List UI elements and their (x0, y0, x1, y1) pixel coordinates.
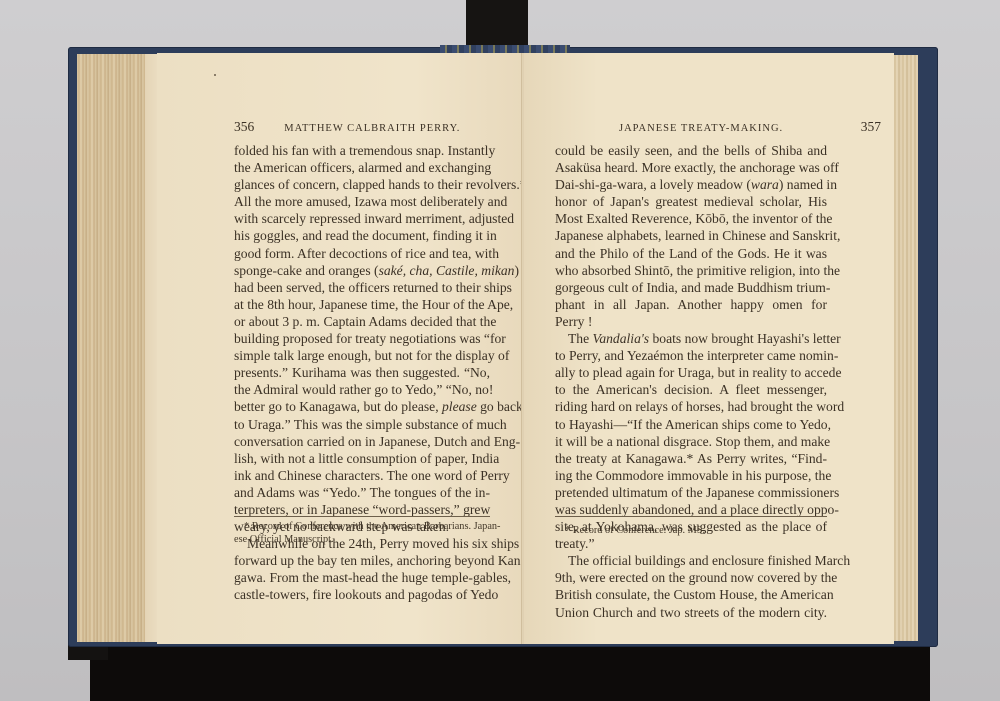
text-line: to the American's decision. A fleet mess… (555, 381, 827, 398)
text-line: honor of Japan's greatest medieval schol… (555, 193, 827, 210)
text-line: riding hard on relays of horses, had bro… (555, 398, 827, 415)
text-line: to Hayashi—“If the American ships come t… (555, 416, 827, 433)
text-line: gorgeous cult of India, and made Buddhis… (555, 279, 827, 296)
text-line: glances of concern, clapped hands to the… (234, 176, 490, 193)
spine-headband (440, 45, 570, 53)
text-line: castle-towers, fire lookouts and pagodas… (234, 586, 490, 603)
text-line: Perry ! (555, 313, 827, 330)
text-line: better go to Kanagawa, but do please, pl… (234, 398, 490, 415)
italic-segment: please (442, 399, 477, 414)
text-line: building proposed for treaty negotiation… (234, 330, 490, 347)
text-line: presents.” Kurihama was then suggested. … (234, 364, 490, 381)
left-page: 356 MATTHEW CALBRAITH PERRY. folded his … (157, 53, 523, 644)
footnote-divider (555, 516, 827, 517)
page-number: 356 (234, 119, 254, 135)
page-block-left-inner (145, 54, 157, 642)
text-segment: ) (514, 263, 519, 278)
text-line: ally to plead again for Uraga, but in re… (555, 364, 827, 381)
text-line: The Vandalia's boats now brought Hayashi… (555, 330, 827, 347)
text-line: at the 8th hour, Japanese time, the Hour… (234, 296, 490, 313)
text-segment: boats now brought Hayashi's letter (649, 331, 841, 346)
text-line: Most Exalted Reverence, Kōbō, the invent… (555, 210, 827, 227)
text-line: pretended ultimatum of the Japanese comm… (555, 484, 827, 501)
page-block-right-edge (893, 55, 918, 641)
text-line: the Admiral would rather go to Yedo,” “N… (234, 381, 490, 398)
text-line: 9th, were erected on the ground now cove… (555, 569, 827, 586)
text-segment: ) named in (779, 177, 837, 192)
text-line: good form. After decoctions of rice and … (234, 245, 490, 262)
text-line: and the Philo of the Land of the Gods. H… (555, 245, 827, 262)
text-line: ink and Chinese characters. The one word… (234, 467, 490, 484)
text-line: the American officers, alarmed and excha… (234, 159, 490, 176)
text-line: treaty.” (555, 535, 827, 552)
text-line: sponge-cake and oranges (saké, cha, Cast… (234, 262, 490, 279)
text-line: lish, with not a little consumption of p… (234, 450, 490, 467)
text-line: Japanese alphabets, learned in Chinese a… (555, 227, 827, 244)
right-page: JAPANESE TREATY-MAKING. 357 could be eas… (524, 53, 894, 644)
italic-segment: saké, cha, Castile, mikan (379, 263, 515, 278)
text-segment: sponge-cake and oranges ( (234, 263, 379, 278)
text-line: it will be a national disgrace. Stop the… (555, 433, 827, 450)
italic-segment: wara (751, 177, 779, 192)
text-line: and Adams was “Yedo.” The tongues of the… (234, 484, 490, 501)
footnote-line: * Record of Conference. Jap. MS. (565, 524, 827, 537)
text-line: or about 3 p. m. Captain Adams decided t… (234, 313, 490, 330)
italic-segment: Vandalia's (593, 331, 650, 346)
footnote-divider (234, 516, 490, 517)
text-line: Asaküsa heard. More exactly, the anchora… (555, 159, 827, 176)
text-line: The official buildings and enclosure fin… (555, 552, 827, 569)
footnote-line: ese Official Manuscript. (234, 533, 490, 546)
text-line: Dai-shi-ga-wara, a lovely meadow (wara) … (555, 176, 827, 193)
left-footnote: * Record of Conference with the American… (234, 520, 490, 546)
text-line: British consulate, the Custom House, the… (555, 586, 827, 603)
running-head-title: MATTHEW CALBRAITH PERRY. (284, 123, 460, 134)
footnote-line: * Record of Conference with the American… (234, 520, 490, 533)
right-body-text: could be easily seen, and the bells of S… (555, 142, 827, 621)
text-line: folded his fan with a tremendous snap. I… (234, 142, 490, 159)
text-segment: The (568, 331, 593, 346)
running-head-title: JAPANESE TREATY-MAKING. (619, 123, 783, 134)
book-shadow (90, 640, 930, 701)
text-line: All the more amused, Izawa most delibera… (234, 193, 490, 210)
right-running-head: JAPANESE TREATY-MAKING. 357 (619, 119, 881, 135)
text-line: could be easily seen, and the bells of S… (555, 142, 827, 159)
text-line: his goggles, and read the document, find… (234, 227, 490, 244)
text-line: the treaty at Kanagawa.* As Perry writes… (555, 450, 827, 467)
left-running-head: 356 MATTHEW CALBRAITH PERRY. (234, 119, 494, 135)
text-segment: go back (477, 399, 523, 414)
text-line: simple talk large enough, but not for th… (234, 347, 490, 364)
text-line: gawa. From the mast-head the huge temple… (234, 569, 490, 586)
right-footnote: * Record of Conference. Jap. MS. (565, 524, 827, 537)
text-line: with scarcely repressed inward merriment… (234, 210, 490, 227)
text-segment: better go to Kanagawa, but do please, (234, 399, 442, 414)
text-line: forward up the bay ten miles, anchoring … (234, 552, 490, 569)
page-number: 357 (861, 119, 881, 135)
text-line: who absorbed Shintō, the primitive relig… (555, 262, 827, 279)
text-line: conversation carried on in Japanese, Dut… (234, 433, 490, 450)
text-line: to Uraga.” This was the simple substance… (234, 416, 490, 433)
text-line: Union Church and two streets of the mode… (555, 604, 827, 621)
text-segment: Dai-shi-ga-wara, a lovely meadow ( (555, 177, 751, 192)
text-line: to Perry, and Yezaémon the interpreter c… (555, 347, 827, 364)
text-line: ing the Commodore immovable in his purpo… (555, 467, 827, 484)
text-line: phant in all Japan. Another happy omen f… (555, 296, 827, 313)
text-line: had been served, the officers returned t… (234, 279, 490, 296)
paper-speck (214, 74, 216, 76)
